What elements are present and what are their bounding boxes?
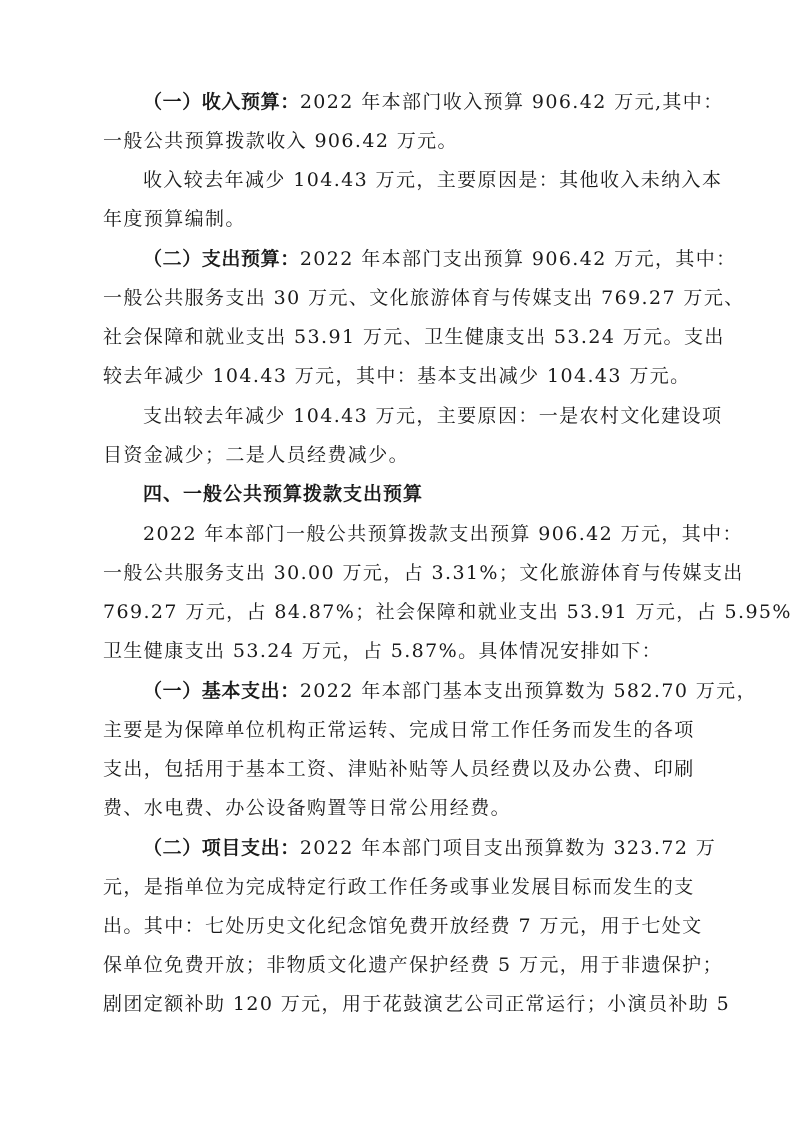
project-expense-line-4: 保单位免费开放；非物质文化遗产保护经费 5 万元，用于非遗保护； [103,946,703,985]
basic-expense-line-3: 支出，包括用于基本工资、津贴补贴等人员经费以及办公费、印刷 [103,750,703,789]
income-change-line-2: 年度预算编制。 [103,200,703,239]
project-expense-line-1: （二）项目支出：2022 年本部门项目支出预算数为 323.72 万 [143,829,743,868]
expense-line-3: 社会保障和就业支出 53.91 万元、卫生健康支出 53.24 万元。支出 [103,318,703,357]
basic-expense-line-4: 费、水电费、办公设备购置等日常公用经费。 [103,789,703,828]
basic-expense-line-1: （一）基本支出：2022 年本部门基本支出预算数为 582.70 万元， [143,672,743,711]
income-line-2: 一般公共预算拨款收入 906.42 万元。 [103,122,703,161]
expense-line-2: 一般公共服务支出 30 万元、文化旅游体育与传媒支出 769.27 万元、 [103,279,703,318]
general-budget-line-4: 卫生健康支出 53.24 万元，占 5.87%。具体情况安排如下： [103,632,703,671]
expense-line-4: 较去年减少 104.43 万元，其中：基本支出减少 104.43 万元。 [103,357,703,396]
basic-expense-label: （一）基本支出： [143,680,300,702]
income-change-line-1: 收入较去年减少 104.43 万元，主要原因是：其他收入未纳入本 [143,161,743,200]
project-expense-line-3: 出。其中：七处历史文化纪念馆免费开放经费 7 万元，用于七处文 [103,907,703,946]
project-expense-line-2: 元，是指单位为完成特定行政工作任务或事业发展目标而发生的支 [103,868,703,907]
income-line-1: （一）收入预算：2022 年本部门收入预算 906.42 万元,其中： [143,83,743,122]
project-expense-line-5: 剧团定额补助 120 万元，用于花鼓演艺公司正常运行；小演员补助 5 [103,985,703,1024]
section-heading: 四、一般公共预算拨款支出预算 [143,475,743,514]
expense-label: （二）支出预算： [143,248,300,270]
expense-change-line-2: 目资金减少；二是人员经费减少。 [103,436,703,475]
basic-expense-line-2: 主要是为保障单位机构正常运转、完成日常工作任务而发生的各项 [103,711,703,750]
general-budget-line-3: 769.27 万元，占 84.87%；社会保障和就业支出 53.91 万元，占 … [103,593,703,632]
project-expense-label: （二）项目支出： [143,837,300,859]
expense-line-1: （二）支出预算：2022 年本部门支出预算 906.42 万元，其中： [143,240,743,279]
income-label: （一）收入预算： [143,91,300,113]
general-budget-line-2: 一般公共服务支出 30.00 万元，占 3.31%；文化旅游体育与传媒支出 [103,554,703,593]
document-page: （一）收入预算：2022 年本部门收入预算 906.42 万元,其中： 一般公共… [0,0,794,1122]
general-budget-line-1: 2022 年本部门一般公共预算拨款支出预算 906.42 万元，其中： [143,515,743,554]
expense-change-line-1: 支出较去年减少 104.43 万元，主要原因：一是农村文化建设项 [143,397,743,436]
